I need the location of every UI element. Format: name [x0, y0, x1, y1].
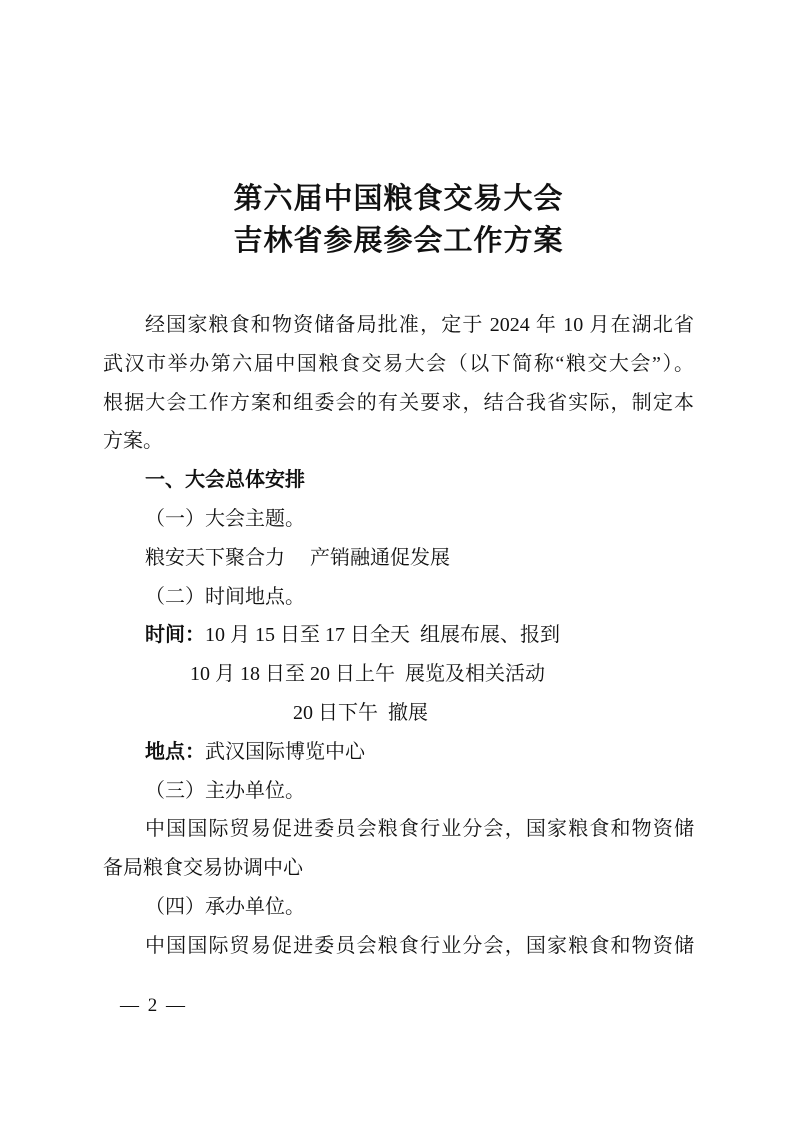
- subsection-3-heading: （三）主办单位。: [103, 772, 694, 811]
- time-line-3: 20 日下午 撤展: [103, 694, 694, 733]
- title-line-2: 吉林省参展参会工作方案: [103, 220, 694, 262]
- organizer-unit-line-1: 中国国际贸易促进委员会粮食行业分会，国家粮食和物资储: [103, 927, 694, 966]
- paragraph-1-line-2: 武汉市举办第六届中国粮食交易大会（以下简称“粮交大会”）。: [103, 345, 694, 384]
- paragraph-1-line-3: 根据大会工作方案和组委会的有关要求，结合我省实际，制定本: [103, 384, 694, 423]
- host-unit-line-2: 备局粮食交易协调中心: [103, 849, 694, 888]
- paragraph-1-line-4: 方案。: [103, 422, 694, 461]
- conference-theme: 粮安天下聚合力 产销融通促发展: [103, 539, 694, 578]
- document-title: 第六届中国粮食交易大会 吉林省参展参会工作方案: [103, 178, 694, 262]
- host-unit-line-1: 中国国际贸易促进委员会粮食行业分会，国家粮食和物资储: [103, 810, 694, 849]
- time-line-1-text: 10 月 15 日至 17 日全天 组展布展、报到: [205, 624, 560, 646]
- time-line-1: 时间：10 月 15 日至 17 日全天 组展布展、报到: [103, 616, 694, 655]
- subsection-4-heading: （四）承办单位。: [103, 888, 694, 927]
- document-body: 经国家粮食和物资储备局批准，定于 2024 年 10 月在湖北省 武汉市举办第六…: [103, 306, 694, 966]
- time-label: 时间：: [145, 624, 205, 646]
- subsection-2-heading: （二）时间地点。: [103, 578, 694, 617]
- subsection-1-heading: （一）大会主题。: [103, 500, 694, 539]
- title-line-1: 第六届中国粮食交易大会: [103, 178, 694, 220]
- place-label: 地点：: [145, 741, 205, 763]
- document-page: 第六届中国粮食交易大会 吉林省参展参会工作方案 经国家粮食和物资储备局批准，定于…: [0, 0, 794, 1123]
- place-text: 武汉国际博览中心: [205, 741, 365, 763]
- place-line: 地点：武汉国际博览中心: [103, 733, 694, 772]
- section-heading-1: 一、大会总体安排: [103, 461, 694, 500]
- page-number: — 2 —: [120, 995, 187, 1017]
- time-line-2: 10 月 18 日至 20 日上午 展览及相关活动: [103, 655, 694, 694]
- page-content: 第六届中国粮食交易大会 吉林省参展参会工作方案 经国家粮食和物资储备局批准，定于…: [103, 178, 694, 966]
- paragraph-1-line-1: 经国家粮食和物资储备局批准，定于 2024 年 10 月在湖北省: [103, 306, 694, 345]
